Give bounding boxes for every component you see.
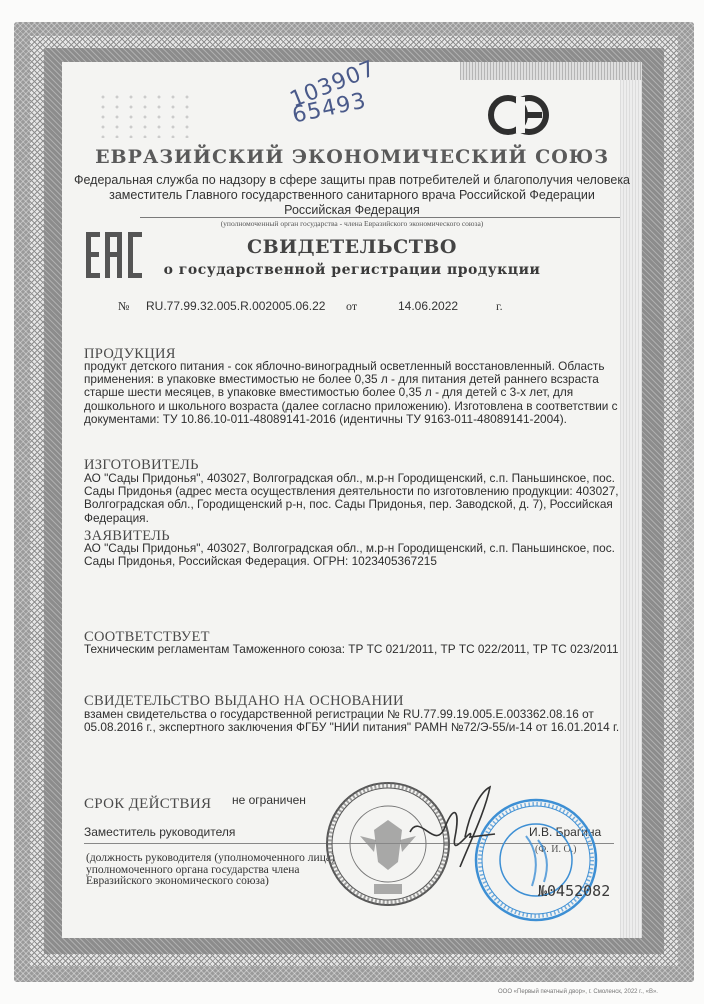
header-divider [140, 217, 620, 218]
manufacturer-text: АО "Сады Придонья", 403027, Волгоградска… [84, 472, 624, 525]
certificate-subtitle: о государственной регистрации продукции [62, 262, 642, 278]
header-caption: (уполномоченный орган государства - член… [62, 219, 642, 228]
conformity-text: Техническим регламентам Таможенного союз… [84, 643, 624, 656]
registration-date: 14.06.2022 [398, 299, 458, 313]
blank-number: №0452082 [538, 882, 610, 900]
product-text: продукт детского питания - сок яблочно-в… [84, 360, 624, 426]
printer-note: ООО «Первый печатный двор», г. Смоленск,… [498, 989, 658, 995]
applicant-text: АО "Сады Придонья", 403027, Волгоградска… [84, 542, 624, 568]
security-strip-top [460, 62, 642, 80]
signer-position: Заместитель руководителя [84, 825, 235, 839]
position-caption: (должность руководителя (уполномоченного… [86, 853, 336, 888]
dot-pattern [96, 92, 196, 138]
validity-label: СРОК ДЕЙСТВИЯ [84, 796, 211, 813]
validity-value: не ограничен [232, 793, 306, 807]
agency-official: заместитель Главного государственного са… [62, 188, 642, 202]
signature-icon [400, 782, 500, 872]
agency-country: Российская Федерация [62, 203, 642, 217]
basis-text: взамен свидетельства о государственной р… [84, 708, 624, 734]
se-mark-icon [486, 92, 556, 138]
date-suffix: г. [496, 299, 503, 314]
date-prefix: от [346, 299, 357, 314]
union-title: ЕВРАЗИЙСКИЙ ЭКОНОМИЧЕСКИЙ СОЮЗ [62, 146, 642, 168]
certificate-title: СВИДЕТЕЛЬСТВО [62, 236, 642, 258]
agency-name: Федеральная служба по надзору в сфере за… [62, 173, 642, 187]
number-label: № [118, 299, 129, 314]
registration-number: RU.77.99.32.005.R.002005.06.22 [146, 299, 325, 313]
